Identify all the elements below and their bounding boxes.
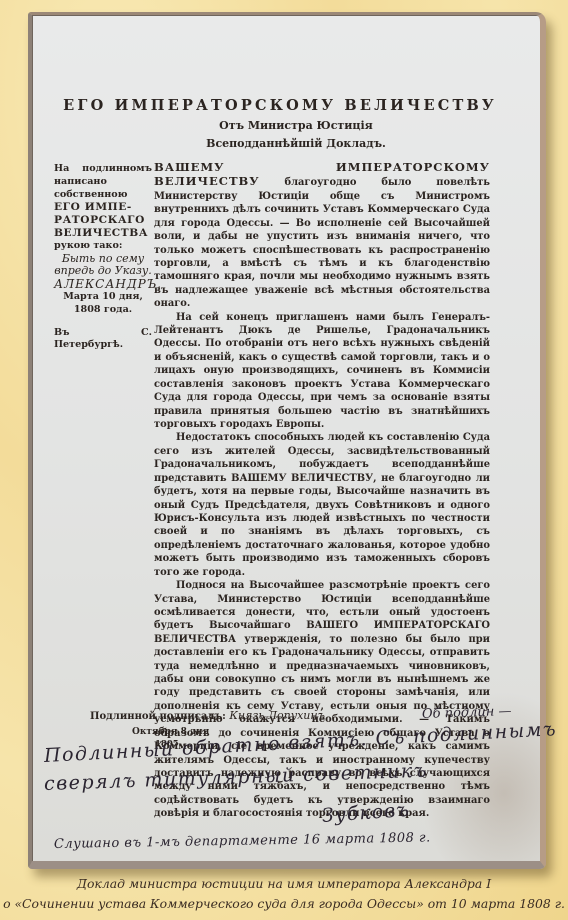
paragraph-2: На сей конецъ приглашенъ нами былъ Генер… bbox=[154, 311, 490, 432]
margin-intro: На подлинномъ написано собственною bbox=[54, 163, 152, 200]
document-from: Отъ Министра Юстицiя bbox=[42, 119, 550, 132]
document-page: ЕГО ИМПЕРАТОРСКОМУ ВЕЛИЧЕСТВУ Отъ Минист… bbox=[28, 12, 546, 869]
signed-name: Князь Лопухинъ bbox=[229, 709, 325, 722]
paragraph-3: Недостатокъ способныхъ людей къ составле… bbox=[154, 431, 490, 579]
margin-intro-2: рукою тако: bbox=[54, 240, 152, 253]
signed-date: Октября 8 дня bbox=[132, 727, 209, 737]
signed-by: Подлинной подписалъ: Князь Лопухинъ bbox=[90, 709, 325, 722]
paragraph-1: ВАШЕМУ ИМПЕРАТОРСКОМУ ВЕЛИЧЕСТВУ благоуг… bbox=[154, 161, 490, 311]
handwritten-footer: Слушано въ 1-мъ департаменте 16 марта 18… bbox=[54, 830, 431, 852]
document-type: Всеподданнѣйшiй Докладъ. bbox=[42, 137, 550, 150]
signed-label: Подлинной подписалъ: bbox=[90, 711, 229, 722]
paragraph-1-text: благоугодно было повелѣть Министерству Ю… bbox=[154, 177, 490, 309]
margin-signature: АЛЕКСАНДРЪ. bbox=[54, 278, 152, 291]
margin-date: Марта 10 дня, bbox=[54, 291, 152, 304]
margin-year: 1808 года. bbox=[54, 304, 152, 317]
caption-line-2: о «Сочинении устава Коммерческого суда д… bbox=[0, 896, 568, 911]
handwritten-note-right: Об подлин — bbox=[422, 704, 512, 722]
margin-caps-1: ЕГО ИМПЕ- bbox=[54, 201, 152, 214]
marginal-resolution: На подлинномъ написано собственною ЕГО И… bbox=[54, 163, 152, 352]
margin-caps-3: ВЕЛИЧЕСТВА bbox=[54, 227, 152, 240]
margin-place: Въ С. Петербургѣ. bbox=[54, 327, 152, 353]
caption-line-1: Доклад министра юстиции на имя император… bbox=[0, 876, 568, 891]
document-title: ЕГО ИМПЕРАТОРСКОМУ ВЕЛИЧЕСТВУ bbox=[50, 97, 510, 114]
handwritten-signature: Зубковъ bbox=[321, 799, 410, 827]
margin-caps-2: РАТОРСКАГО bbox=[54, 214, 152, 227]
